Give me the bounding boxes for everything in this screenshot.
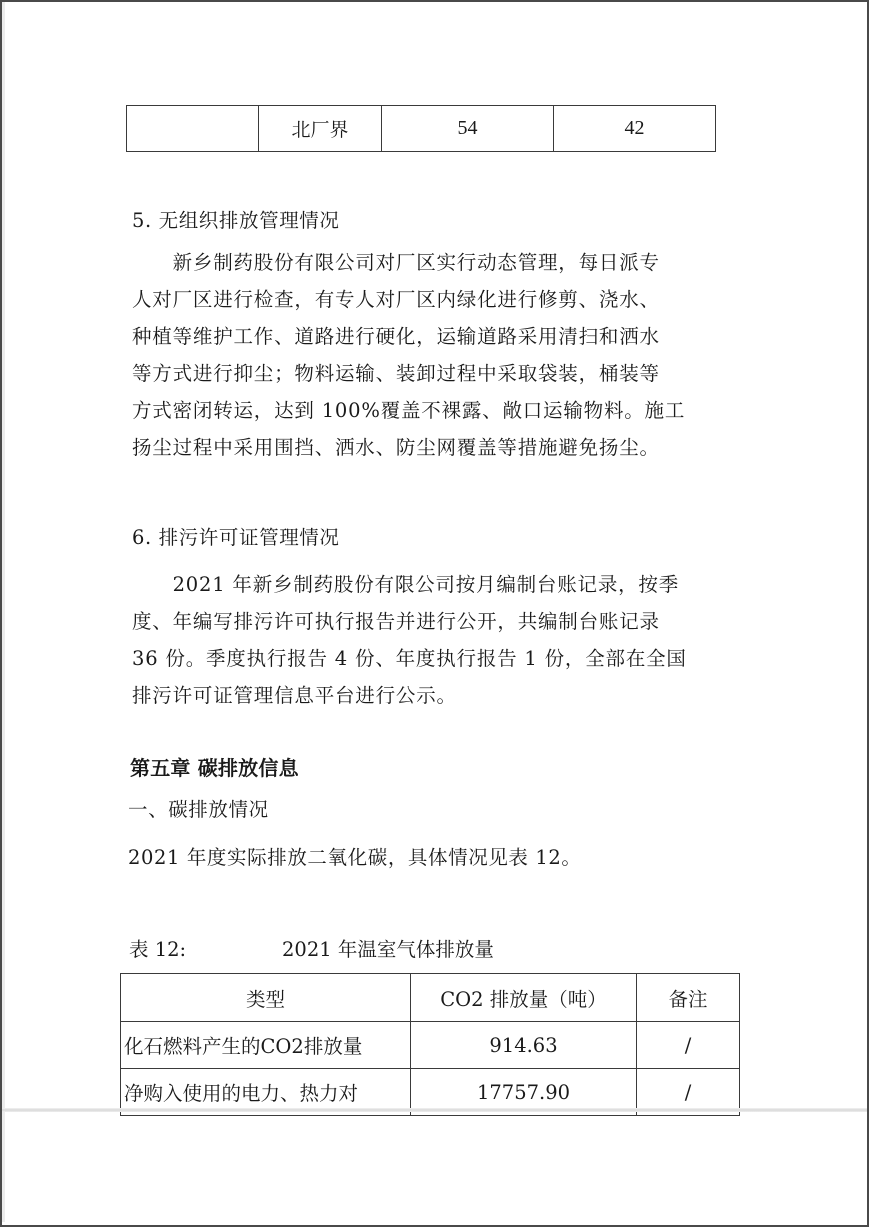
column-header-remarks: 备注 xyxy=(637,974,740,1022)
table-cell-empty xyxy=(127,106,259,152)
table-label: 表 12: xyxy=(129,935,186,965)
subsection-heading-carbon-emissions: 一、碳排放情况 xyxy=(128,795,269,825)
text-line: 等方式进行抑尘；物料运输、装卸过程中采取袋装，桶装等 xyxy=(132,355,742,392)
text-line: 人对厂区进行检查，有专人对厂区内绿化进行修剪、浇水、 xyxy=(132,281,742,318)
text-line: 度、年编写排污许可执行报告并进行公开，共编制台账记录 xyxy=(132,603,742,640)
page-break-band xyxy=(2,1108,867,1112)
paragraph-permit-management: 2021 年新乡制药股份有限公司按月编制台账记录，按季 度、年编写排污许可执行报… xyxy=(132,566,742,714)
intro-text: 2021 年度实际排放二氧化碳，具体情况见表 12。 xyxy=(128,843,581,873)
text-line: 扬尘过程中采用围挡、洒水、防尘网覆盖等措施避免扬尘。 xyxy=(132,429,742,466)
scan-edge-shadow xyxy=(2,2,5,1222)
chapter-title: 第五章 碳排放信息 xyxy=(130,753,299,783)
text-line: 2021 年新乡制药股份有限公司按月编制台账记录，按季 xyxy=(132,566,742,603)
column-header-type: 类型 xyxy=(121,974,411,1022)
text-line: 方式密闭转运，达到 100%覆盖不裸露、敞口运输物料。施工 xyxy=(132,392,742,429)
table-cell-remarks: / xyxy=(637,1022,740,1069)
text-line: 36 份。季度执行报告 4 份、年度执行报告 1 份，全部在全国 xyxy=(132,640,742,677)
text-line: 种植等维护工作、道路进行硬化，运输道路采用清扫和洒水 xyxy=(132,318,742,355)
text-line: 排污许可证管理信息平台进行公示。 xyxy=(132,677,742,714)
noise-monitoring-table-fragment: 北厂界 54 42 xyxy=(126,105,716,152)
table-cell-location: 北厂界 xyxy=(259,106,382,152)
table-row: 北厂界 54 42 xyxy=(127,106,716,152)
table-cell-day-value: 54 xyxy=(382,106,554,152)
paragraph-unorganized-emissions: 新乡制药股份有限公司对厂区实行动态管理，每日派专 人对厂区进行检查，有专人对厂区… xyxy=(132,244,742,466)
text-line: 新乡制药股份有限公司对厂区实行动态管理，每日派专 xyxy=(132,244,742,281)
section-heading-unorganized-emissions: 5. 无组织排放管理情况 xyxy=(132,206,340,236)
column-header-co2: CO2 排放量（吨） xyxy=(411,974,637,1022)
table-header-row: 类型 CO2 排放量（吨） 备注 xyxy=(121,974,740,1022)
table-title: 2021 年温室气体排放量 xyxy=(282,935,494,965)
section-heading-permit-management: 6. 排污许可证管理情况 xyxy=(132,523,340,553)
table-row: 化石燃料产生的CO2排放量 914.63 / xyxy=(121,1022,740,1069)
table-cell-co2-value: 914.63 xyxy=(411,1022,637,1069)
table-cell-night-value: 42 xyxy=(554,106,716,152)
greenhouse-gas-emissions-table: 类型 CO2 排放量（吨） 备注 化石燃料产生的CO2排放量 914.63 / … xyxy=(120,973,740,1116)
table-cell-type: 化石燃料产生的CO2排放量 xyxy=(121,1022,411,1069)
